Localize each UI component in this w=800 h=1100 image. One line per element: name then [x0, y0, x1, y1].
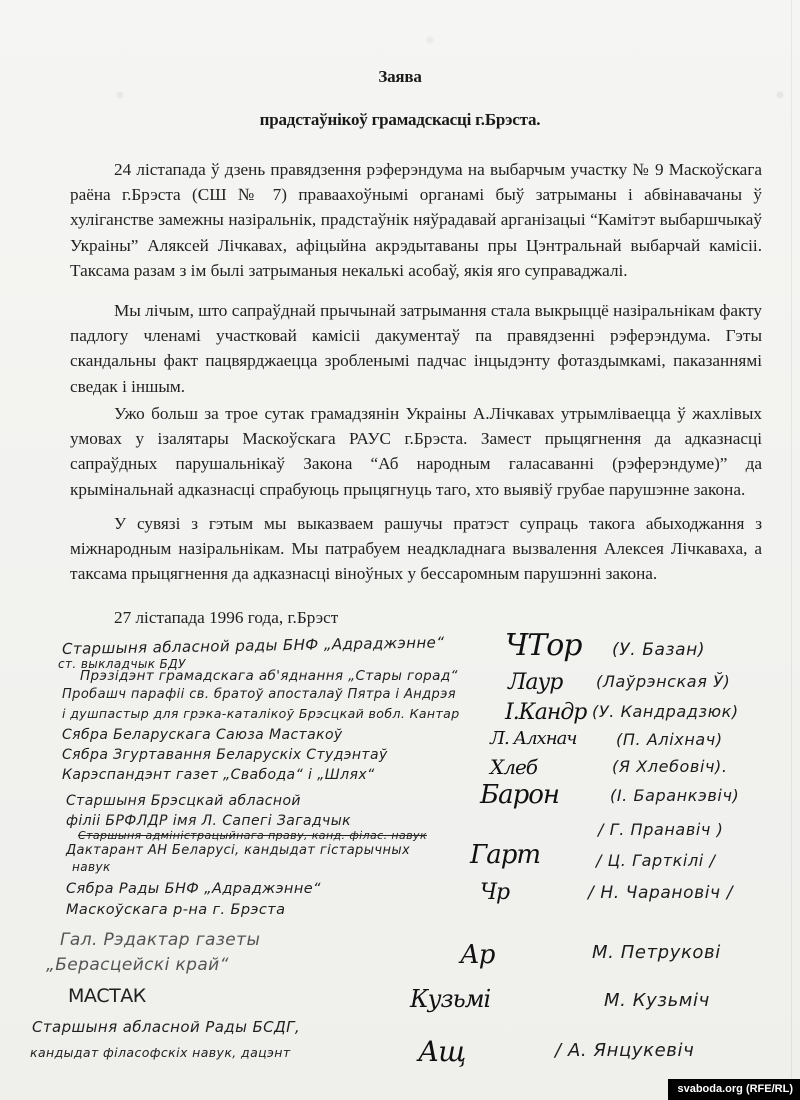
handwritten-line: Сябра Згуртавання Беларускіх Студэнтаў: [62, 747, 388, 763]
date-line: 27 лістапада 1996 года, г.Брэст: [114, 608, 338, 628]
document-subtitle: прадстаўнікоў грамадскасці г.Брэста.: [0, 110, 800, 130]
signature: Лаур: [508, 670, 562, 695]
handwritten-line: Гал. Рэдактар газеты: [60, 930, 260, 950]
signature: ЧТор: [505, 628, 581, 663]
handwritten-line: Карэспандэнт газет „Свабода“ і „Шлях“: [62, 767, 375, 783]
signer-name: (У. Базан): [612, 640, 705, 660]
handwritten-struck-line: Старшыня адміністрацыйнага праву, канд. …: [78, 829, 427, 842]
signer-name: М. Петрукові: [592, 942, 721, 963]
signer-name: (У. Кандрадзюк): [592, 702, 739, 721]
handwritten-line: і душпастыр для грэка-каталікоў Брэсцкай…: [62, 706, 460, 721]
signer-name: (Я Хлебовіч).: [612, 757, 728, 776]
signature: І.Кандр: [505, 700, 586, 725]
paragraph-1: 24 лістапада ў дзень правядзення рэферэн…: [70, 157, 762, 283]
handwritten-line: Сябра Беларускага Саюза Мастакоў: [62, 727, 343, 743]
document-title: Заява: [0, 67, 800, 87]
paragraph-text: У сувязі з гэтым мы выказваем рашучы пра…: [70, 511, 762, 587]
handwritten-line: Старшыня абласной рады БНФ „Адраджэнне“: [62, 633, 445, 658]
handwritten-line: „Берасцейскі край“: [46, 955, 229, 975]
signature: Ар: [460, 940, 494, 970]
signer-name: (І. Баранкэвіч): [610, 786, 739, 805]
signer-name: М. Кузьміч: [604, 990, 710, 1011]
signer-name: (Лаўрэнская Ў): [596, 672, 730, 691]
signature: Кузьмі: [410, 985, 490, 1013]
handwritten-line: навук: [72, 860, 111, 874]
source-watermark: svaboda.org (RFE/RL): [668, 1079, 800, 1100]
signer-name: / Н. Чарановіч /: [588, 883, 733, 903]
document-page: Заява прадстаўнікоў грамадскасці г.Брэст…: [0, 0, 800, 1100]
signature: Ащ: [418, 1035, 465, 1068]
signature: Гарт: [470, 840, 540, 870]
handwritten-line: Старшыня абласной Рады БСДГ,: [32, 1018, 300, 1036]
handwritten-line: Маскоўскага р-на г. Брэста: [66, 902, 285, 918]
signer-name: / Г. Пранавіч ): [598, 820, 723, 839]
paragraph-text: Ужо больш за трое сутак грамадзянін Укра…: [70, 401, 762, 502]
paragraph-text: 24 лістапада ў дзень правядзення рэферэн…: [70, 157, 762, 283]
handwritten-line: Дактарант АН Беларусі, кандыдат гістарыч…: [66, 843, 410, 858]
handwritten-line: філіі БРФЛДР імя Л. Сапегі Загадчык: [66, 813, 351, 829]
signer-name: / Ц. Гарткілі /: [596, 851, 716, 870]
paragraph-2: Мы лічым, што сапраўднай прычынай затрым…: [70, 298, 762, 399]
handwritten-line: кандыдат філасофскіх навук, дацэнт: [30, 1045, 291, 1060]
handwritten-line: Прэзідэнт грамадскага аб'яднання „Стары …: [80, 668, 458, 684]
signature: Л. Алхнач: [490, 728, 577, 749]
handwritten-line: Пробашч парафіі св. братоў апосталаў Пят…: [62, 687, 456, 702]
handwritten-line: Сябра Рады БНФ „Адраджэнне“: [66, 881, 321, 897]
signer-name: (П. Аліхнач): [616, 730, 723, 749]
paragraph-text: Мы лічым, што сапраўднай прычынай затрым…: [70, 298, 762, 399]
signature: Чр: [480, 880, 509, 905]
signature: Барон: [480, 780, 559, 810]
handwritten-signature-mastak: МАСТАК: [68, 985, 146, 1007]
signer-name: / А. Янцукевіч: [555, 1040, 694, 1061]
page-edge: [791, 0, 792, 1100]
paragraph-3: Ужо больш за трое сутак грамадзянін Укра…: [70, 401, 762, 502]
signature: Хлеб: [490, 755, 537, 779]
paragraph-4: У сувязі з гэтым мы выказваем рашучы пра…: [70, 511, 762, 587]
handwritten-line: Старшыня Брэсцкай абласной: [66, 793, 301, 809]
